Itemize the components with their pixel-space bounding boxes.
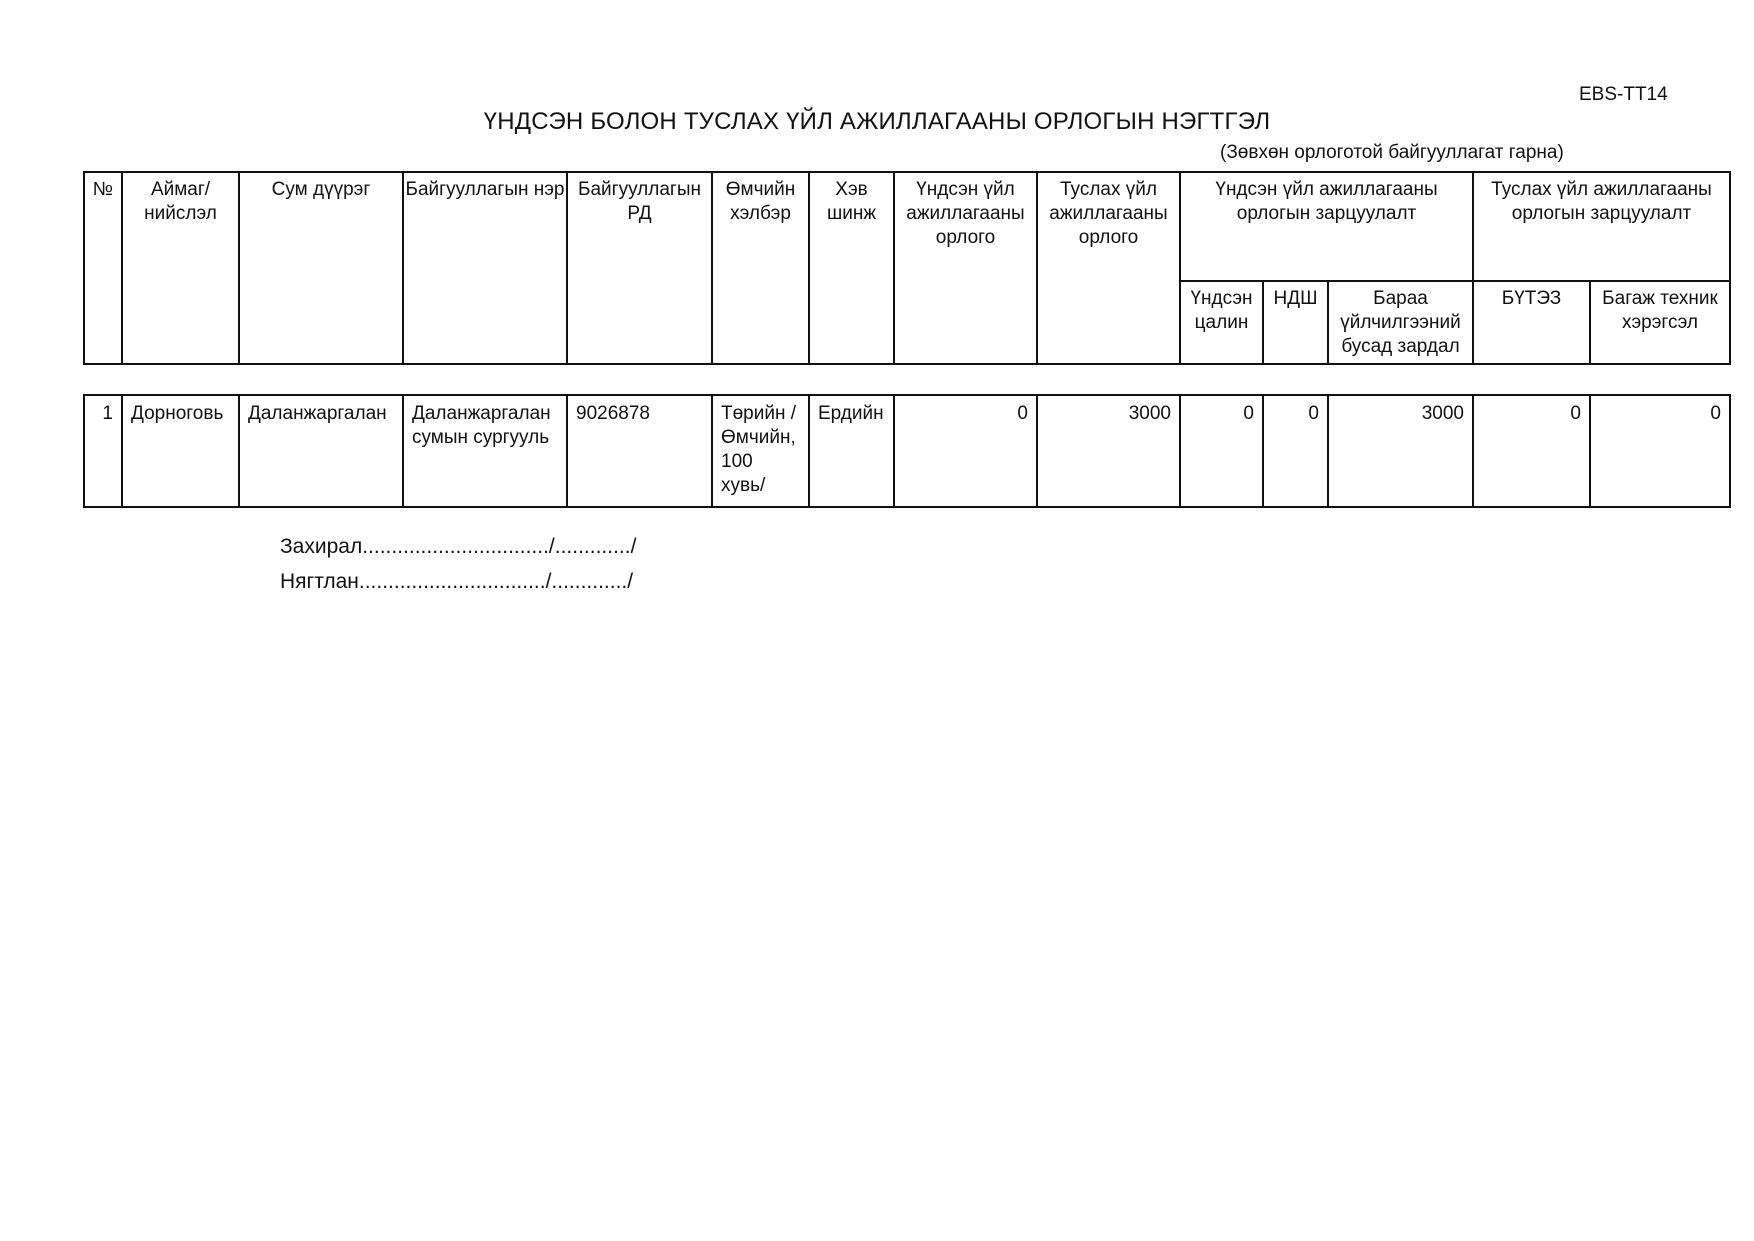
header-tools-equipment: Багаж техник хэрэгсэл: [1590, 281, 1730, 364]
table-row: 1 Дорноговь Даланжаргалан Даланжаргалан …: [84, 395, 1730, 507]
cell-type: Ердийн: [809, 395, 894, 507]
form-code: EBS-TT14: [1579, 84, 1668, 106]
header-butez: БҮТЭЗ: [1473, 281, 1590, 364]
cell-org-name: Даланжаргалан сумын сургууль: [403, 395, 567, 507]
header-type: Хэв шинж: [809, 172, 894, 364]
header-ownership: Өмчийн хэлбэр: [712, 172, 809, 364]
header-other-goods-services: Бараа үйлчилгээний бусад зардал: [1328, 281, 1473, 364]
cell-org-rd: 9026878: [567, 395, 712, 507]
cell-sum: Даланжаргалан: [239, 395, 403, 507]
page-subtitle: (Зөвхөн орлоготой байгууллагат гарна): [1220, 142, 1564, 164]
cell-other-goods-services: 3000: [1328, 395, 1473, 507]
page-title-text: ҮНДСЭН БОЛОН ТУСЛАХ ҮЙЛ АЖИЛЛАГААНЫ ОРЛО…: [484, 108, 1271, 135]
header-org-name: Байгууллагын нэр: [403, 172, 567, 364]
cell-ownership: Төрийн / Өмчийн, 100 хувь/: [712, 395, 809, 507]
header-org-rd: Байгууллагын РД: [567, 172, 712, 364]
header-aux-income: Туслах үйл ажиллагааны орлого: [1037, 172, 1180, 364]
signature-accountant: Нягтлан................................/…: [280, 570, 633, 594]
header-no: №: [84, 172, 122, 364]
cell-aux-income: 3000: [1037, 395, 1180, 507]
cell-aimag: Дорноговь: [122, 395, 239, 507]
page-title: ҮНДСЭН БОЛОН ТУСЛАХ ҮЙЛ АЖИЛЛАГААНЫ ОРЛО…: [0, 108, 1754, 136]
header-base-salary: Үндсэн цалин: [1180, 281, 1263, 364]
header-table: № Аймаг/ нийслэл Сум дүүрэг Байгууллагын…: [83, 171, 1731, 365]
cell-ndsh: 0: [1263, 395, 1328, 507]
signature-director: Захирал................................/…: [280, 535, 636, 559]
cell-base-salary: 0: [1180, 395, 1263, 507]
header-aimag: Аймаг/ нийслэл: [122, 172, 239, 364]
cell-main-income: 0: [894, 395, 1037, 507]
cell-tools-equipment: 0: [1590, 395, 1730, 507]
header-main-spending-group: Үндсэн үйл ажиллагааны орлогын зарцуулал…: [1180, 172, 1473, 281]
header-aux-spending-group: Туслах үйл ажиллагааны орлогын зарцуулал…: [1473, 172, 1730, 281]
header-ndsh: НДШ: [1263, 281, 1328, 364]
header-main-income: Үндсэн үйл ажиллагааны орлого: [894, 172, 1037, 364]
cell-butez: 0: [1473, 395, 1590, 507]
cell-no: 1: [84, 395, 122, 507]
header-sum: Сум дүүрэг: [239, 172, 403, 364]
data-table: 1 Дорноговь Даланжаргалан Даланжаргалан …: [83, 394, 1731, 508]
